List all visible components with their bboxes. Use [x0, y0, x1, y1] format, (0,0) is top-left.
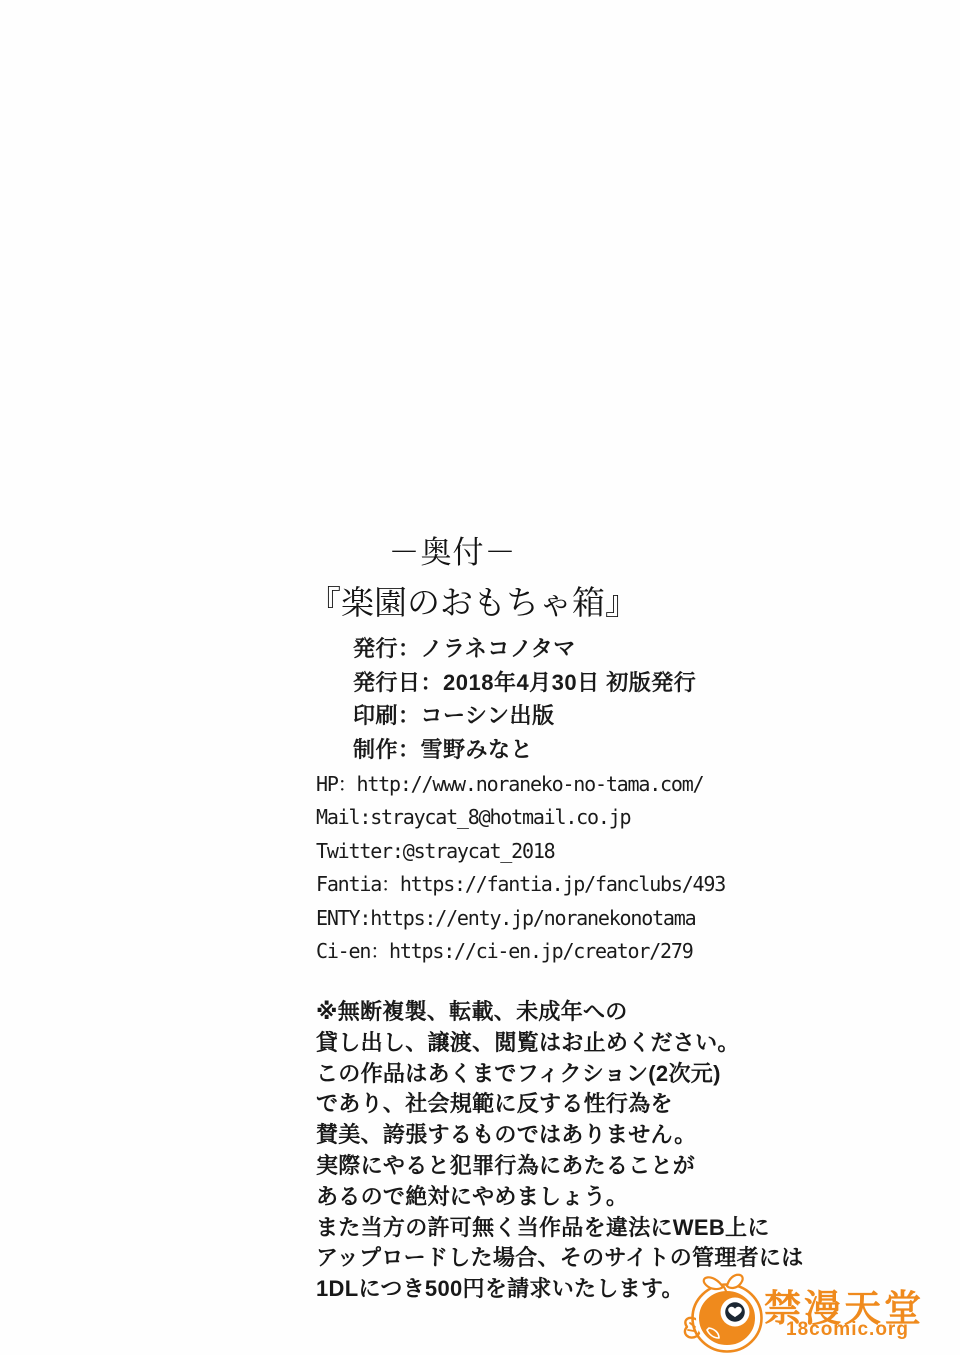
- colophon-page: －奥付－ 『楽園のおもちゃ箱』 発行：ノラネコノタマ 発行日：2018年4月30…: [0, 0, 960, 1355]
- disclaimer-line: であり、社会規範に反する性行為を: [316, 1089, 804, 1120]
- disclaimer-line: ※無断複製、転載、未成年への: [316, 997, 804, 1028]
- disclaimer-line: あるので絶対にやめましょう。: [316, 1182, 804, 1213]
- publication-info: 発行：ノラネコノタマ 発行日：2018年4月30日 初版発行 印刷：コーシン出版…: [353, 632, 696, 766]
- publisher-line: 発行：ノラネコノタマ: [353, 632, 696, 666]
- whale-mascot-icon: [682, 1270, 764, 1355]
- cien-line: Ci-en：https://ci-en.jp/creator/279: [316, 935, 725, 968]
- disclaimer-line: 貸し出し、譲渡、閲覧はお止めください。: [316, 1028, 804, 1059]
- disclaimer-line: 実際にやると犯罪行為にあたることが: [316, 1151, 804, 1182]
- mail-line: Mail:straycat_8@hotmail.co.jp: [316, 801, 725, 834]
- watermark-site-url: 18comic.org: [786, 1319, 909, 1341]
- disclaimer-line: 賛美、誇張するものではありません。: [316, 1120, 804, 1151]
- publish-date-line: 発行日：2018年4月30日 初版発行: [353, 666, 696, 700]
- disclaimer-line: また当方の許可無く当作品を違法にWEB上に: [316, 1213, 804, 1244]
- author-line: 制作：雪野みなと: [353, 733, 696, 767]
- homepage-line: HP：http://www.noraneko-no-tama.com/: [316, 768, 725, 801]
- fantia-line: Fantia：https://fantia.jp/fanclubs/493: [316, 868, 725, 901]
- watermark-logo: 禁漫天堂 18comic.org: [680, 1266, 960, 1355]
- twitter-line: Twitter:@straycat_2018: [316, 835, 725, 868]
- printer-line: 印刷：コーシン出版: [353, 699, 696, 733]
- book-title: 『楽園のおもちゃ箱』: [308, 577, 638, 624]
- section-title: －奥付－: [0, 527, 905, 572]
- disclaimer-line: この作品はあくまでフィクション(2次元): [316, 1059, 804, 1090]
- enty-line: ENTY:https://enty.jp/noranekonotama: [316, 902, 725, 935]
- disclaimer-notice: ※無断複製、転載、未成年への 貸し出し、譲渡、閲覧はお止めください。 この作品は…: [316, 997, 804, 1305]
- contact-links: HP：http://www.noraneko-no-tama.com/ Mail…: [316, 768, 725, 968]
